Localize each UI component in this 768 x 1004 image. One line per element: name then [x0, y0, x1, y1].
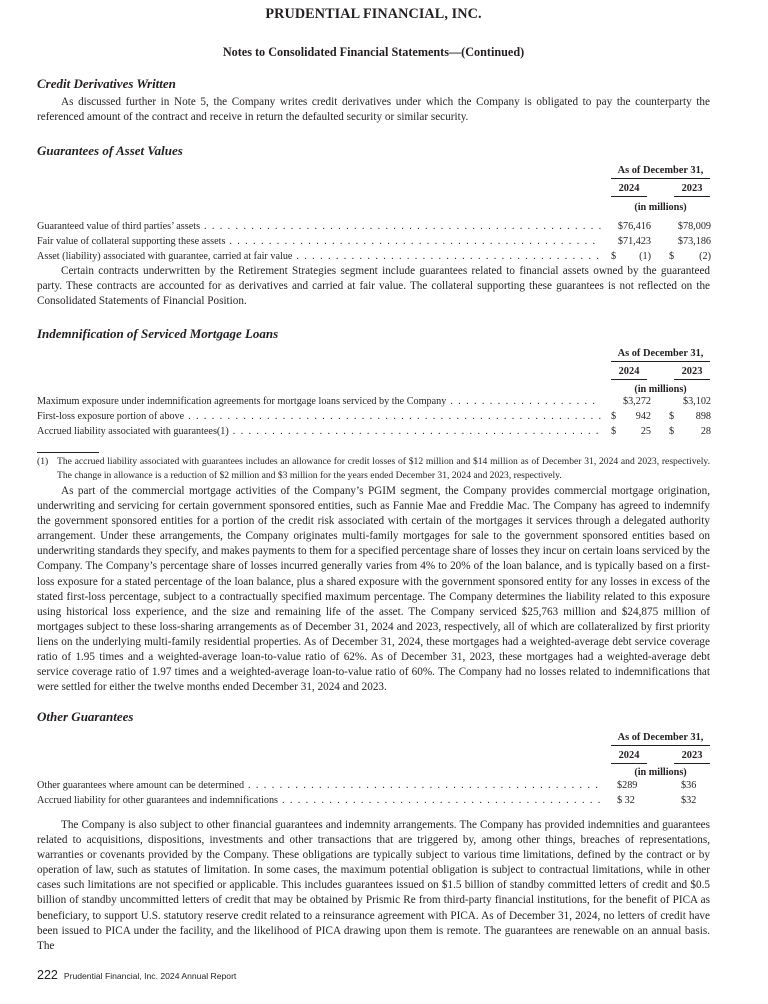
page-number: 222 — [37, 968, 58, 982]
company-title: PRUDENTIAL FINANCIAL, INC. — [37, 6, 710, 23]
table-header-as-of: As of December 31, — [611, 732, 710, 746]
table-row: Accrued liability for other guarantees a… — [37, 793, 710, 808]
page-footer: 222Prudential Financial, Inc. 2024 Annua… — [37, 966, 236, 984]
value-2023: $(2) — [669, 249, 711, 264]
section-title-other-guarantees: Other Guarantees — [37, 709, 133, 725]
row-label: Fair value of collateral supporting thes… — [37, 234, 601, 249]
row-label: First-loss exposure portion of above — [37, 409, 601, 424]
value-2024: $(1) — [611, 249, 651, 264]
table-header-year-2024: 2024 — [611, 750, 647, 764]
table-header-year-2023: 2023 — [674, 366, 710, 380]
value-2023: $32 — [669, 793, 723, 808]
row-label: Accrued liability for other guarantees a… — [37, 793, 601, 808]
value-2023: $898 — [669, 409, 711, 424]
paragraph-asset-values: Certain contracts underwritten by the Re… — [37, 264, 710, 309]
paragraph-mortgage-loans: As part of the commercial mortgage activ… — [37, 484, 710, 695]
footnote-mark: (1) — [37, 455, 48, 469]
table-header-year-2024: 2024 — [611, 183, 647, 197]
report-name: Prudential Financial, Inc. 2024 Annual R… — [64, 971, 236, 981]
table-row: Other guarantees where amount can be det… — [37, 778, 710, 793]
table-header-year-2023: 2023 — [674, 750, 710, 764]
table-row: Accrued liability associated with guaran… — [37, 424, 710, 439]
table-row: Fair value of collateral supporting thes… — [37, 234, 710, 249]
table-header-year-2023: 2023 — [674, 183, 710, 197]
value-2024: $3,272 — [611, 394, 651, 409]
value-2023: $3,102 — [669, 394, 711, 409]
value-2024: $ 32 — [611, 793, 657, 808]
value-2023: $78,009 — [669, 219, 711, 234]
table-row: Maximum exposure under indemnification a… — [37, 394, 710, 409]
row-label: Accrued liability associated with guaran… — [37, 424, 601, 439]
table-header-units: (in millions) — [611, 202, 710, 213]
page-subtitle: Notes to Consolidated Financial Statemen… — [37, 45, 710, 60]
section-title-asset-values: Guarantees of Asset Values — [37, 143, 183, 159]
table-header-units: (in millions) — [611, 767, 710, 778]
footnote-divider — [37, 452, 99, 453]
table-header-as-of: As of December 31, — [611, 348, 710, 362]
row-label: Other guarantees where amount can be det… — [37, 778, 601, 793]
table-header-as-of: As of December 31, — [611, 165, 710, 179]
paragraph-credit-derivatives: As discussed further in Note 5, the Comp… — [37, 95, 710, 125]
footnote-text: The accrued liability associated with gu… — [57, 455, 710, 482]
value-2024: $942 — [611, 409, 651, 424]
table-row: First-loss exposure portion of above $94… — [37, 409, 710, 424]
section-title-mortgage-loans: Indemnification of Serviced Mortgage Loa… — [37, 326, 278, 342]
row-label: Maximum exposure under indemnification a… — [37, 394, 601, 409]
paragraph-other-guarantees: The Company is also subject to other fin… — [37, 818, 710, 954]
value-2023: $28 — [669, 424, 711, 439]
value-2024: $71,423 — [611, 234, 651, 249]
value-2023: $73,186 — [669, 234, 711, 249]
table-header-year-2024: 2024 — [611, 366, 647, 380]
section-title-credit-derivatives: Credit Derivatives Written — [37, 76, 176, 92]
table-row: Asset (liability) associated with guaran… — [37, 249, 710, 264]
row-label: Guaranteed value of third parties’ asset… — [37, 219, 601, 234]
row-label: Asset (liability) associated with guaran… — [37, 249, 601, 264]
table-row: Guaranteed value of third parties’ asset… — [37, 219, 710, 234]
value-2024: $76,416 — [611, 219, 651, 234]
value-2023: $36 — [669, 778, 723, 793]
value-2024: $25 — [611, 424, 651, 439]
value-2024: $289 — [611, 778, 657, 793]
